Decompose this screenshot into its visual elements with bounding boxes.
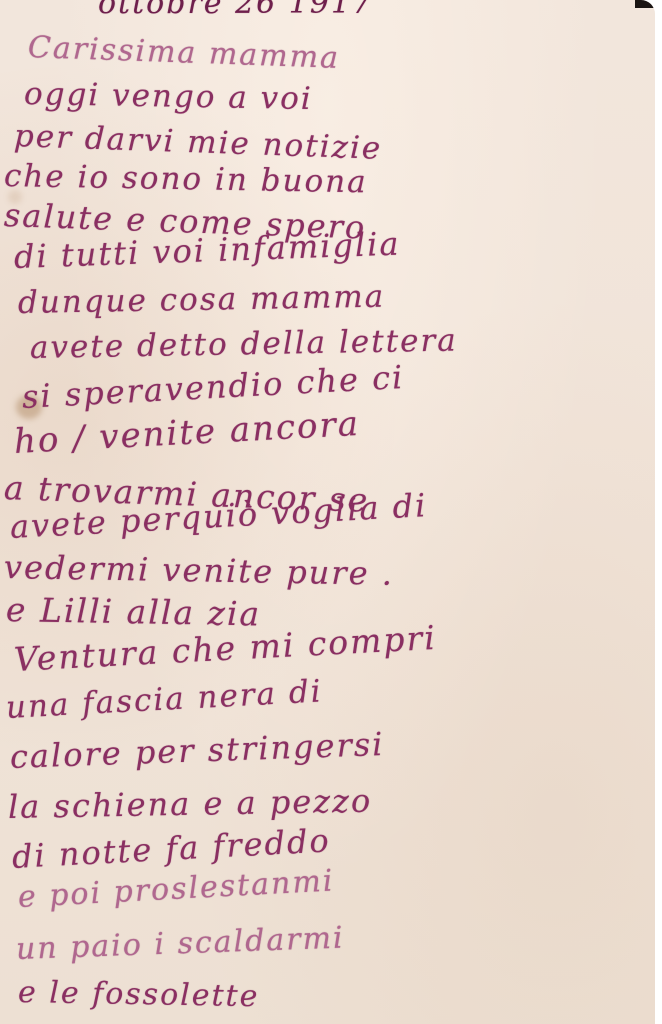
date-line: ottobre 26 1917	[98, 0, 373, 21]
handwritten-line: e le fossolette	[18, 975, 260, 1014]
handwritten-line: dunque cosa mamma	[18, 279, 386, 321]
handwritten-line: che io sono in buona	[4, 158, 368, 200]
handwritten-line: Carissima mamma	[27, 30, 340, 76]
handwritten-line: e Lilli alla zia	[6, 590, 262, 633]
postcard: ottobre 26 1917 Carissima mamma oggi ven…	[0, 0, 655, 1024]
handwritten-line: oggi vengo a voi	[24, 76, 313, 117]
handwritten-line: calore per stringersi	[9, 725, 385, 776]
handwritten-line: un paio i scaldarmi	[15, 921, 345, 967]
handwritten-line: la schiena e a pezzo	[8, 782, 373, 826]
handwritten-line: una fascia nera di	[5, 673, 323, 726]
corner-shadow	[635, 0, 655, 8]
handwritten-line: vedermi venite pure .	[4, 548, 395, 593]
